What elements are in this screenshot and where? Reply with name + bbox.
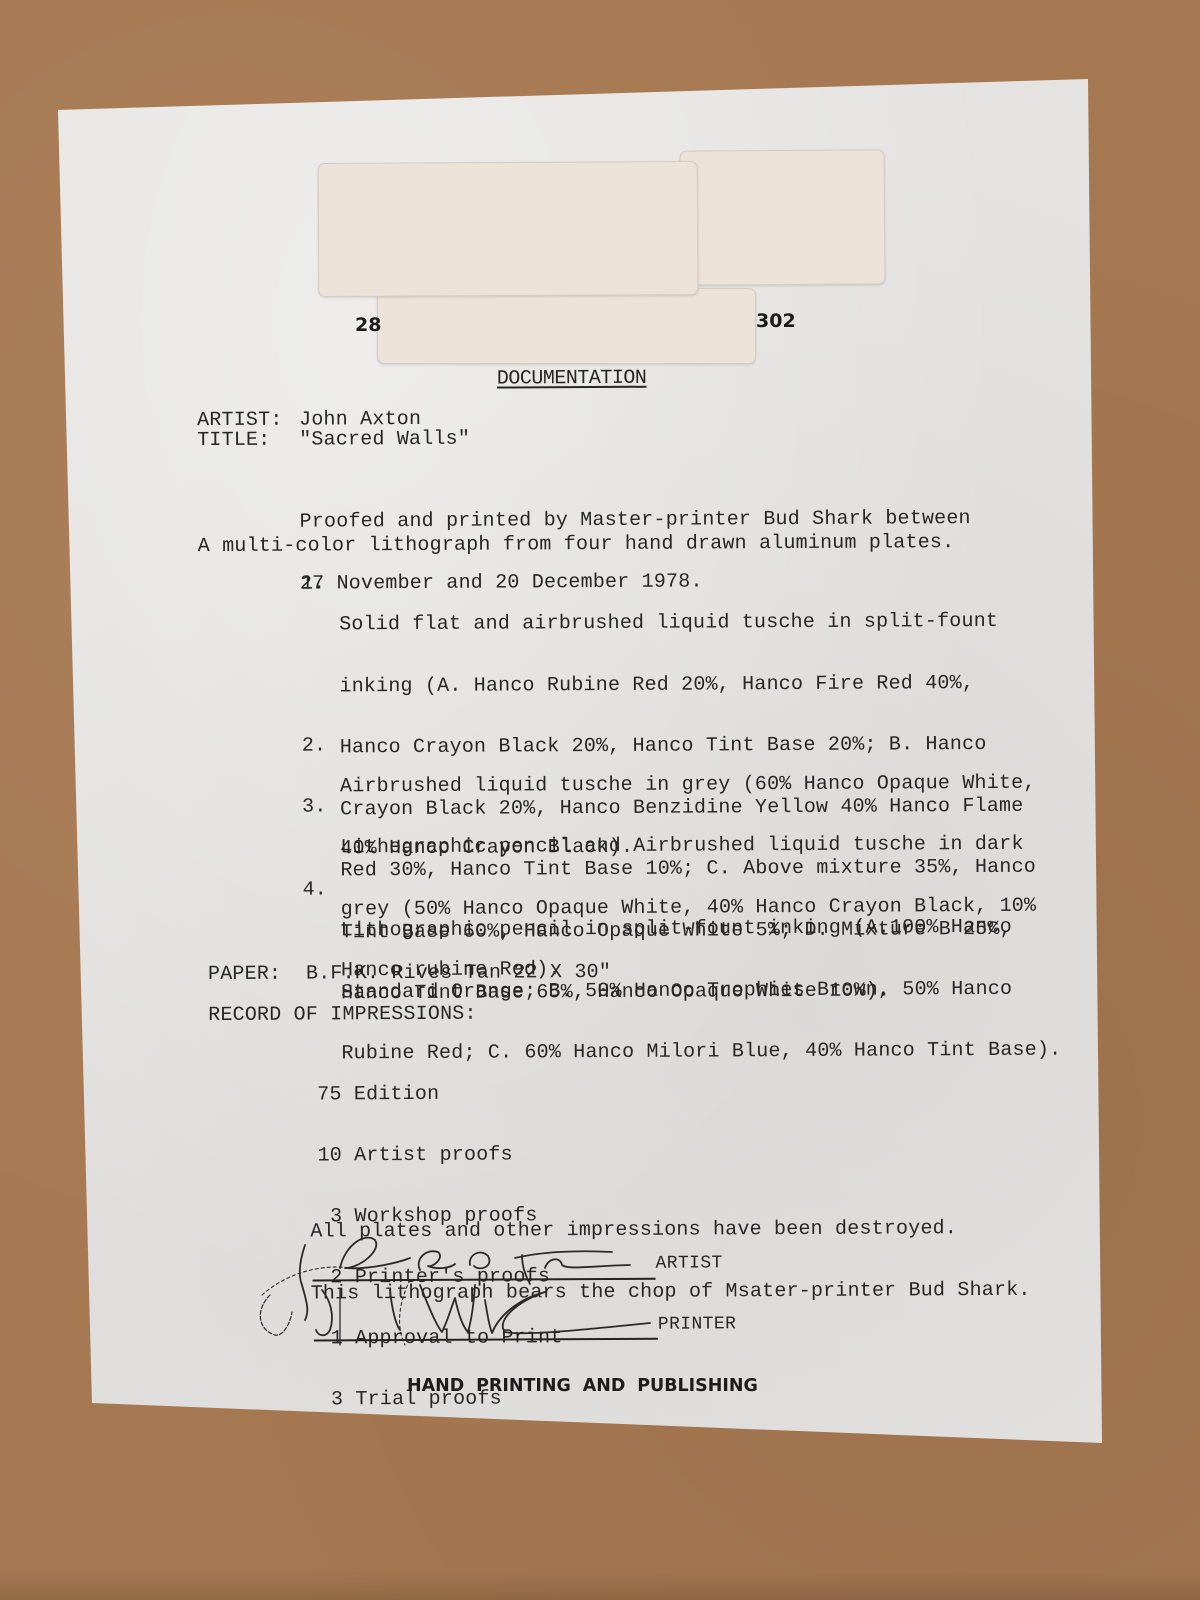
plate-number: 4. bbox=[303, 880, 328, 901]
lithograph-description: A multi-color lithograph from four hand … bbox=[198, 533, 955, 557]
title-value: "Sacred Walls" bbox=[299, 430, 470, 451]
record-of-impressions-label: RECORD OF IMPRESSIONS: bbox=[208, 1005, 477, 1027]
plate-number: 3. bbox=[302, 797, 327, 818]
title-label: TITLE: bbox=[197, 431, 270, 452]
artist-signature-label: ARTIST bbox=[655, 1253, 722, 1274]
page-title: DOCUMENTATION bbox=[497, 369, 647, 390]
publisher-footer: HAND PRINTING AND PUBLISHING bbox=[407, 1375, 758, 1396]
paper-label: PAPER: bbox=[208, 965, 281, 986]
plate-number: 1. bbox=[301, 574, 326, 595]
plate-number: 2. bbox=[302, 736, 327, 757]
document-body: DOCUMENTATION ARTIST: John Axton TITLE: … bbox=[0, 0, 1200, 1600]
impression-row: 10 Artist proofs bbox=[308, 1145, 562, 1166]
intro-line: Proofed and printed by Master-printer Bu… bbox=[300, 509, 971, 533]
impression-row: 75 Edition bbox=[308, 1084, 562, 1105]
printer-signature-label: PRINTER bbox=[658, 1314, 737, 1335]
paper-value: B.F.K. Rives Tan 22 X 30" bbox=[306, 963, 611, 985]
